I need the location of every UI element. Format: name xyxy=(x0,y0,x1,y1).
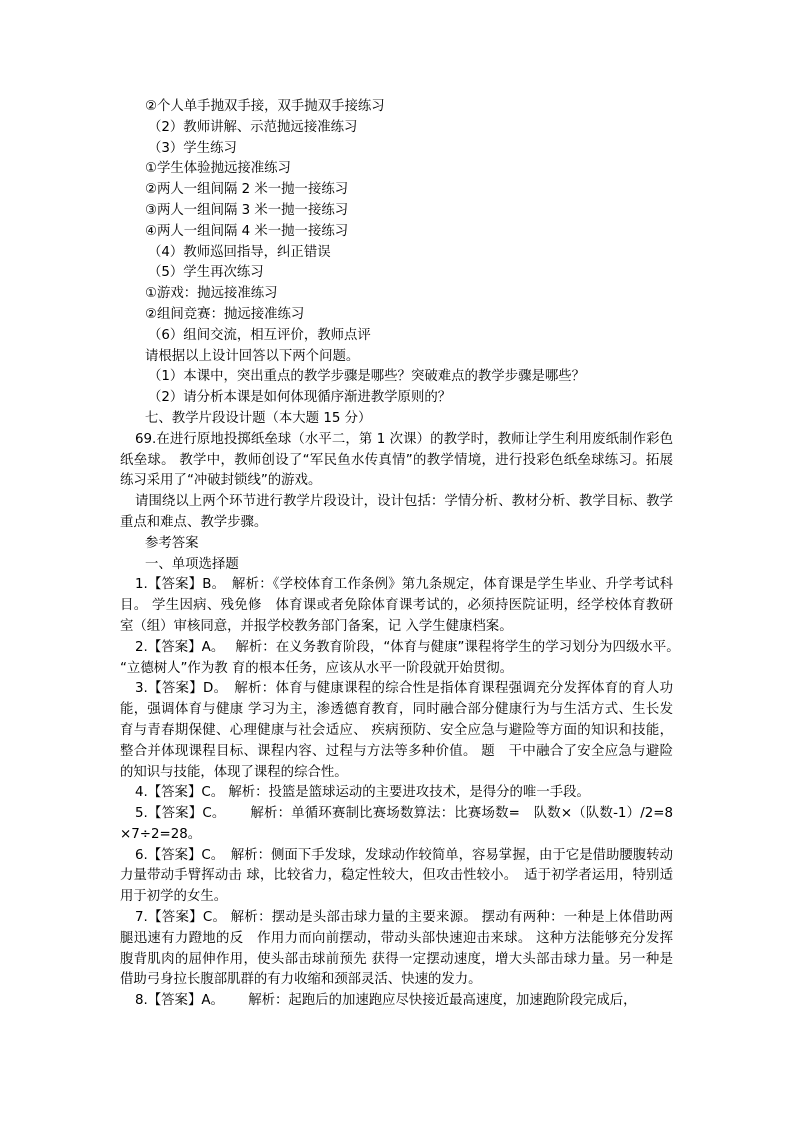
lesson-step: ②组间竞赛：抛远接准练习 xyxy=(145,305,698,326)
question-69-text: 69.在进行原地投掷纸垒球（水平二，第 1 次课）的教学时，教师让学生利用废纸制… xyxy=(120,430,673,492)
answer-item: 7.【答案】C。 解析：摆动是头部击球力量的主要来源。 摆动有两种：一种是上体借… xyxy=(120,908,673,991)
question-intro: 请根据以上设计回答以下两个问题。 xyxy=(145,347,698,368)
lesson-step: ③两人一组间隔 3 米一抛一接练习 xyxy=(145,201,698,222)
lesson-step: ②个人单手抛双手接，双手抛双手接练习 xyxy=(145,97,698,118)
question-item: （2）请分析本课是如何体现循序渐进教学原则的？ xyxy=(145,388,698,409)
section-title: 七、教学片段设计题（本大题 15 分） xyxy=(145,409,698,430)
question-69-requirement: 请围绕以上两个环节进行教学片段设计，设计包括：学情分析、教材分析、教学目标、教学… xyxy=(120,492,673,534)
lesson-step: ②两人一组间隔 2 米一抛一接练习 xyxy=(145,180,698,201)
answer-item: 2.【答案】A。 解析：在义务教育阶段，“体育与健康”课程将学生的学习划分为四级… xyxy=(120,638,673,680)
answer-item: 4.【答案】C。 解析：投篮是篮球运动的主要进攻技术，是得分的唯一手段。 xyxy=(120,783,673,804)
document-page: ②个人单手抛双手接，双手抛双手接练习 （2）教师讲解、示范抛远接准练习 （3）学… xyxy=(145,97,698,1012)
answer-item: 3.【答案】D。 解析：体育与健康课程的综合性是指体育课程强调充分发挥体育的育人… xyxy=(120,679,673,783)
lesson-step: （2）教师讲解、示范抛远接准练习 xyxy=(145,118,698,139)
answer-item: 5.【答案】C。 解析：单循环赛制比赛场数算法：比赛场数= 队数×（队数-1）/… xyxy=(120,804,673,846)
lesson-step: （6）组间交流，相互评价，教师点评 xyxy=(145,326,698,347)
lesson-step: （5）学生再次练习 xyxy=(145,263,698,284)
answer-item: 1.【答案】B。 解析：《学校体育工作条例》第九条规定，体育课是学生毕业、升学考… xyxy=(120,575,673,637)
lesson-step: ④两人一组间隔 4 米一抛一接练习 xyxy=(145,222,698,243)
lesson-step: ①游戏：抛远接准练习 xyxy=(145,284,698,305)
lesson-step: （3）学生练习 xyxy=(145,139,698,160)
answers-section-title: 一、单项选择题 xyxy=(145,555,698,576)
answer-item: 8.【答案】A。 解析：起跑后的加速跑应尽快接近最高速度，加速跑阶段完成后， xyxy=(120,991,673,1012)
lesson-step: ①学生体验抛远接准练习 xyxy=(145,159,698,180)
lesson-step: （4）教师巡回指导，纠正错误 xyxy=(145,243,698,264)
answer-item: 6.【答案】C。 解析：侧面下手发球，发球动作较简单，容易掌握，由于它是借助腰腹… xyxy=(120,846,673,908)
answers-title: 参考答案 xyxy=(145,534,698,555)
question-item: （1）本课中，突出重点的教学步骤是哪些？突破难点的教学步骤是哪些？ xyxy=(145,367,698,388)
